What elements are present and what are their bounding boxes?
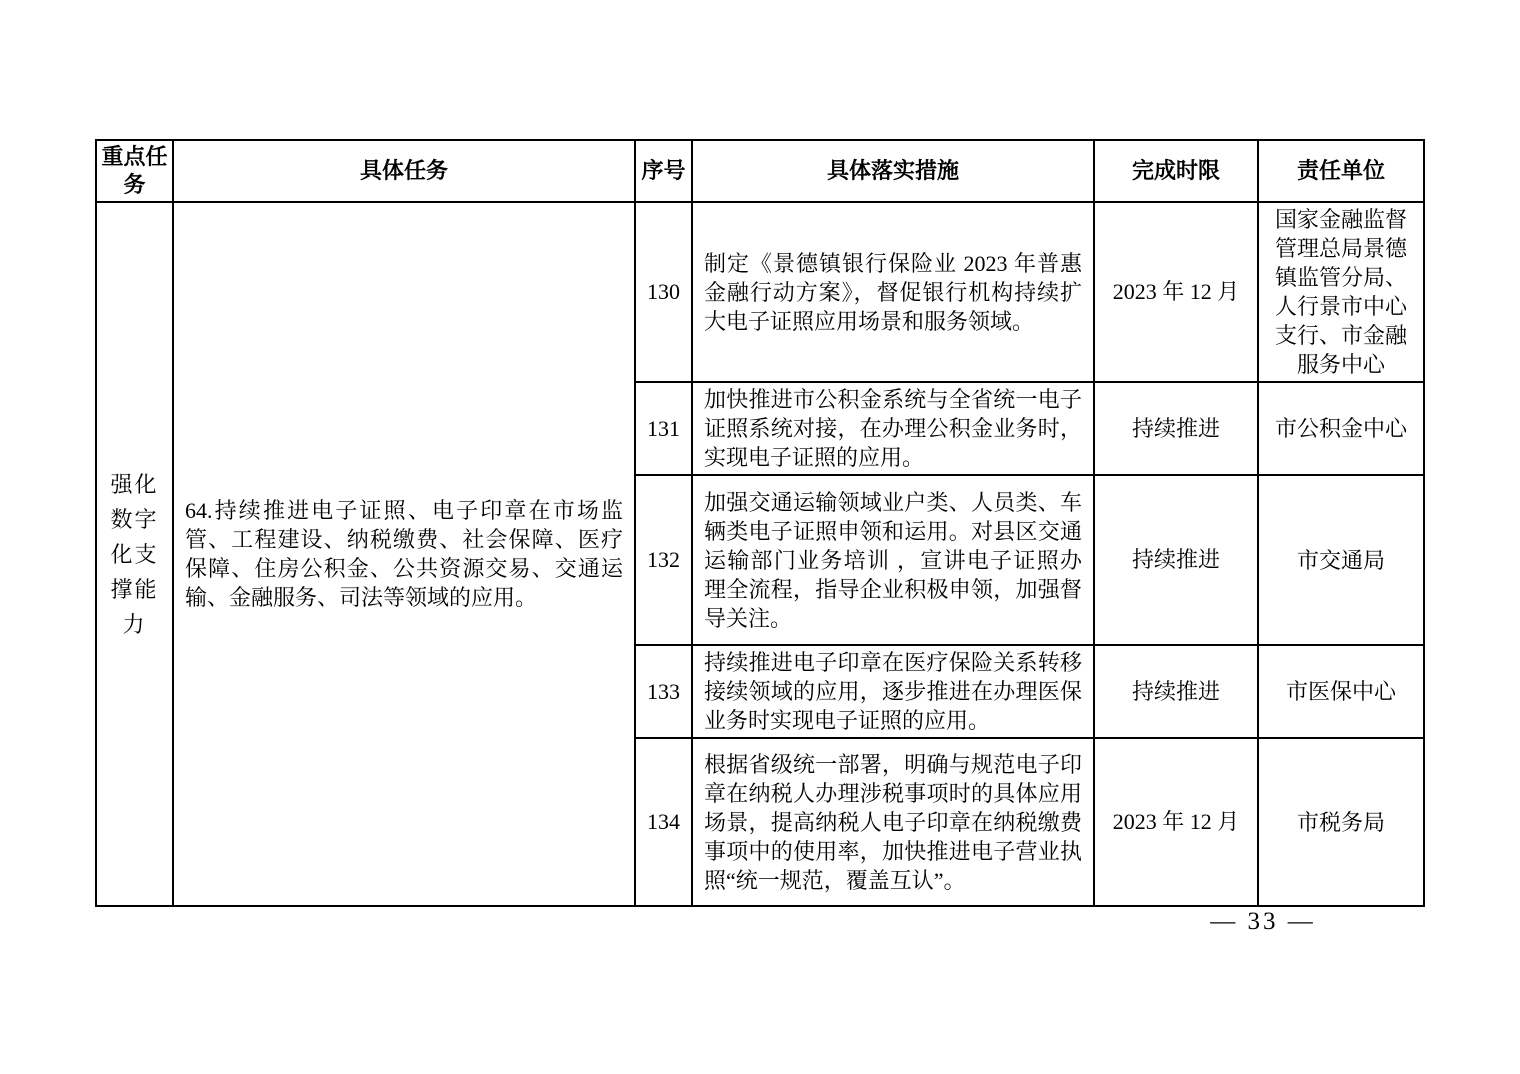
measure-text: 加快推进市公积金系统与全省统一电子证照系统对接，在办理公积金业务时，实现电子证照… — [704, 385, 1082, 472]
responsible-unit-cell: 市交通局 — [1258, 475, 1424, 645]
page-number: — 33 — — [1188, 908, 1338, 936]
specific-task-cell: 64.持续推进电子证照、电子印章在市场监管、工程建设、纳税缴费、社会保障、医疗保… — [173, 202, 635, 906]
deadline-cell: 持续推进 — [1094, 475, 1258, 645]
measure-text: 制定《景德镇银行保险业 2023 年普惠金融行动方案》，督促银行机构持续扩大电子… — [704, 249, 1082, 336]
document-page: 重点任务 具体任务 序号 具体落实措施 完成时限 责任单位 强化数字化支撑能力 … — [0, 0, 1520, 1074]
deadline-cell: 持续推进 — [1094, 382, 1258, 475]
measure-cell: 加强交通运输领域业户类、人员类、车辆类电子证照申领和运用。对县区交通运输部门业务… — [692, 475, 1094, 645]
responsible-unit-cell: 市医保中心 — [1258, 645, 1424, 738]
measure-cell: 根据省级统一部署，明确与规范电子印章在纳税人办理涉税事项时的具体应用场景，提高纳… — [692, 738, 1094, 906]
seq-no: 134 — [635, 738, 692, 906]
responsible-unit-cell: 市税务局 — [1258, 738, 1424, 906]
seq-no: 132 — [635, 475, 692, 645]
responsible-unit-cell: 国家金融监督管理总局景德镇监管分局、人行景市中心支行、市金融服务中心 — [1258, 202, 1424, 382]
seq-no: 133 — [635, 645, 692, 738]
header-seq-no: 序号 — [635, 140, 692, 202]
measure-cell: 加快推进市公积金系统与全省统一电子证照系统对接，在办理公积金业务时，实现电子证照… — [692, 382, 1094, 475]
measure-cell: 持续推进电子印章在医疗保险关系转移接续领域的应用，逐步推进在办理医保业务时实现电… — [692, 645, 1094, 738]
measure-text: 持续推进电子印章在医疗保险关系转移接续领域的应用，逐步推进在办理医保业务时实现电… — [704, 648, 1082, 735]
deadline-cell: 2023 年 12 月 — [1094, 202, 1258, 382]
header-responsible-unit: 责任单位 — [1258, 140, 1424, 202]
measure-text: 根据省级统一部署，明确与规范电子印章在纳税人办理涉税事项时的具体应用场景，提高纳… — [704, 750, 1082, 895]
key-task-text: 强化数字化支撑能力 — [110, 467, 160, 642]
deadline-cell: 2023 年 12 月 — [1094, 738, 1258, 906]
deadline-cell: 持续推进 — [1094, 645, 1258, 738]
seq-no: 130 — [635, 202, 692, 382]
responsible-unit-cell: 市公积金中心 — [1258, 382, 1424, 475]
table-row: 强化数字化支撑能力 64.持续推进电子证照、电子印章在市场监管、工程建设、纳税缴… — [96, 202, 1424, 382]
measure-cell: 制定《景德镇银行保险业 2023 年普惠金融行动方案》，督促银行机构持续扩大电子… — [692, 202, 1094, 382]
table-header-row: 重点任务 具体任务 序号 具体落实措施 完成时限 责任单位 — [96, 140, 1424, 202]
measure-text: 加强交通运输领域业户类、人员类、车辆类电子证照申领和运用。对县区交通运输部门业务… — [704, 488, 1082, 633]
specific-task-text: 64.持续推进电子证照、电子印章在市场监管、工程建设、纳税缴费、社会保障、医疗保… — [185, 496, 623, 612]
header-measures: 具体落实措施 — [692, 140, 1094, 202]
header-key-task: 重点任务 — [96, 140, 173, 202]
header-deadline: 完成时限 — [1094, 140, 1258, 202]
header-specific-task: 具体任务 — [173, 140, 635, 202]
task-table: 重点任务 具体任务 序号 具体落实措施 完成时限 责任单位 强化数字化支撑能力 … — [95, 139, 1425, 907]
key-task-cell: 强化数字化支撑能力 — [96, 202, 173, 906]
seq-no: 131 — [635, 382, 692, 475]
